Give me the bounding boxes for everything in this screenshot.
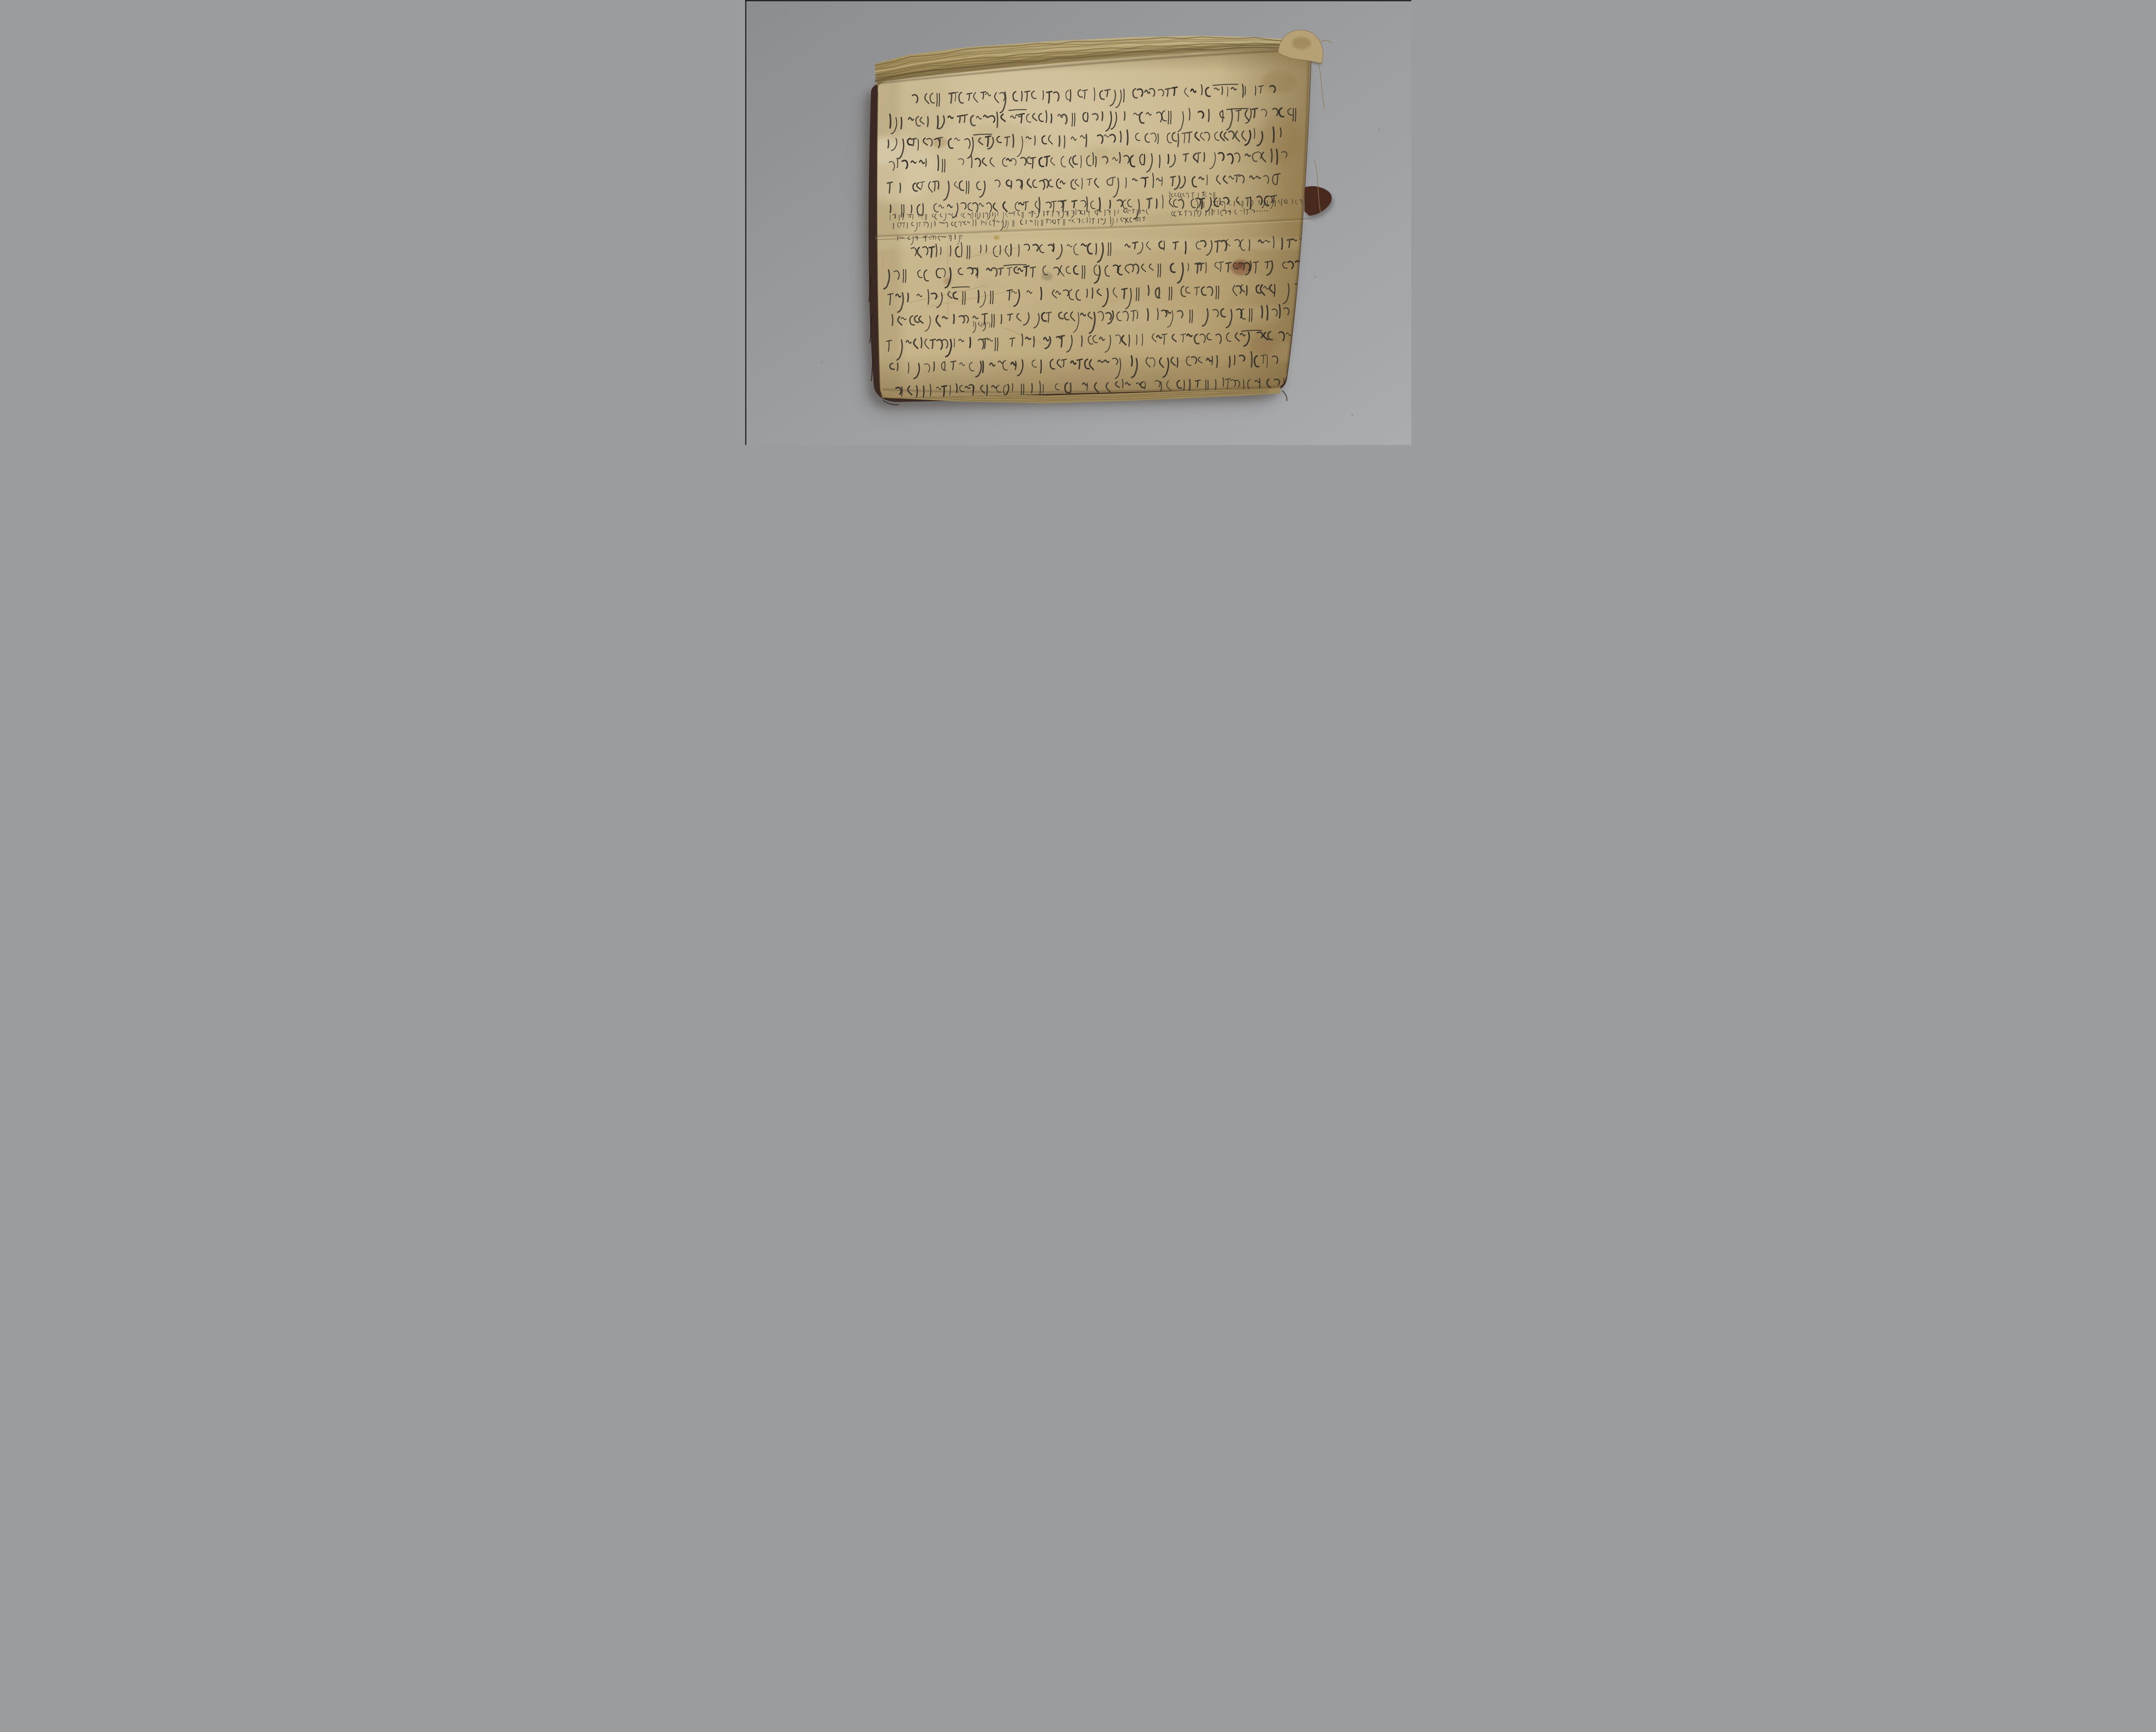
photo-border-top: [745, 0, 1411, 1]
photo-border-left: [745, 0, 746, 445]
manuscript-photograph: Aged manuscript book, open to a page of …: [745, 0, 1411, 445]
photo-canvas: [745, 0, 1411, 445]
